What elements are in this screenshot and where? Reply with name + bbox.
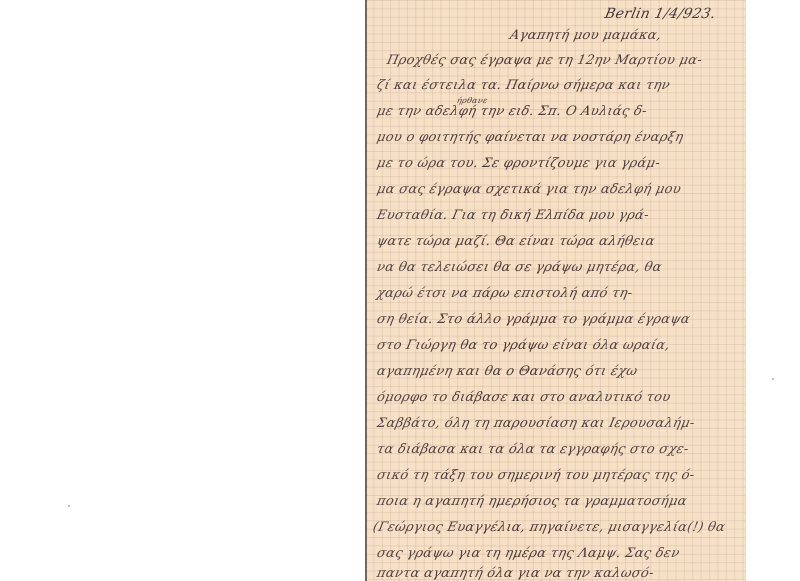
letter-line-17: σικό τη τάξη του σημερινή του μητέρας τη… [375, 468, 696, 483]
letter-line-1: Προχθές σας έγραψα με τη 12ην Μαρτίου μα… [385, 53, 703, 68]
scan-speck [772, 378, 774, 380]
letter-line-9: να θα τελειώσει θα σε γράψω μητέρα, θα [375, 260, 663, 275]
letter-line-11: ση θεία. Στο άλλο γράμμα το γράμμα έγραψ… [375, 312, 691, 327]
letter-line-16: τα διάβασα και τα όλα τα εγγραφής στο σχ… [375, 442, 690, 457]
letter-line-21: παντα αγαπητή όλα για να την καλωσό- [375, 566, 655, 581]
letter-line-18: ποια η αγαπητή ημερήσιος τα γραμματοσήμα [375, 494, 688, 509]
letter-line-14: όμορφο το διάβασε και στο αναλυτικό του [375, 390, 672, 405]
scan-speck [68, 505, 70, 507]
letter-line-12: στο Γιώργη θα το γράψω είναι όλα ωραία, [375, 338, 671, 353]
letter-date: Berlin 1/4/923. [603, 6, 717, 22]
letter-line-7: Ευσταθία. Για τη δική Ελπίδα μου γρά- [375, 208, 650, 223]
letter-line-15: Σαββάτο, όλη τη παρουσίαση και Ιερουσαλή… [375, 416, 696, 431]
letter-line-2: ζί και έστειλα τα. Παίρνω σήμερα και την [375, 78, 671, 93]
letter-page: Berlin 1/4/923. Αγαπητή μου μαμάκα, Προχ… [365, 0, 746, 581]
letter-salutation: Αγαπητή μου μαμάκα, [508, 28, 662, 43]
letter-line-5: με το ώρα του. Σε φροντίζουμε για γράμ- [375, 156, 661, 171]
letter-line-13: αγαπημένη και θα ο Θανάσης ότι έχω [375, 364, 638, 379]
letter-line-19: (Γεώργιος Ευαγγέλια, πηγαίνετε, μισαγγελ… [371, 520, 726, 535]
letter-line-4: μου ο φοιτητής φαίνεται να νοστάρη έναρξ… [375, 130, 684, 145]
letter-line-20: σας γράψω για τη ημέρα της Λαμψ. Σας δεν [375, 546, 681, 561]
letter-line-3: με την αδελφή την ειδ. Σπ. Ο Αυλιάς δ- [375, 104, 648, 119]
letter-line-10: χαρώ έτσι να πάρω επιστολή από τη- [375, 286, 634, 301]
letter-line-8: ψατε τώρα μαζί. Θα είναι τώρα αλήθεια [375, 234, 656, 249]
letter-line-6: μα σας έγραψα σχετικά για την αδελφή μου [375, 182, 682, 197]
